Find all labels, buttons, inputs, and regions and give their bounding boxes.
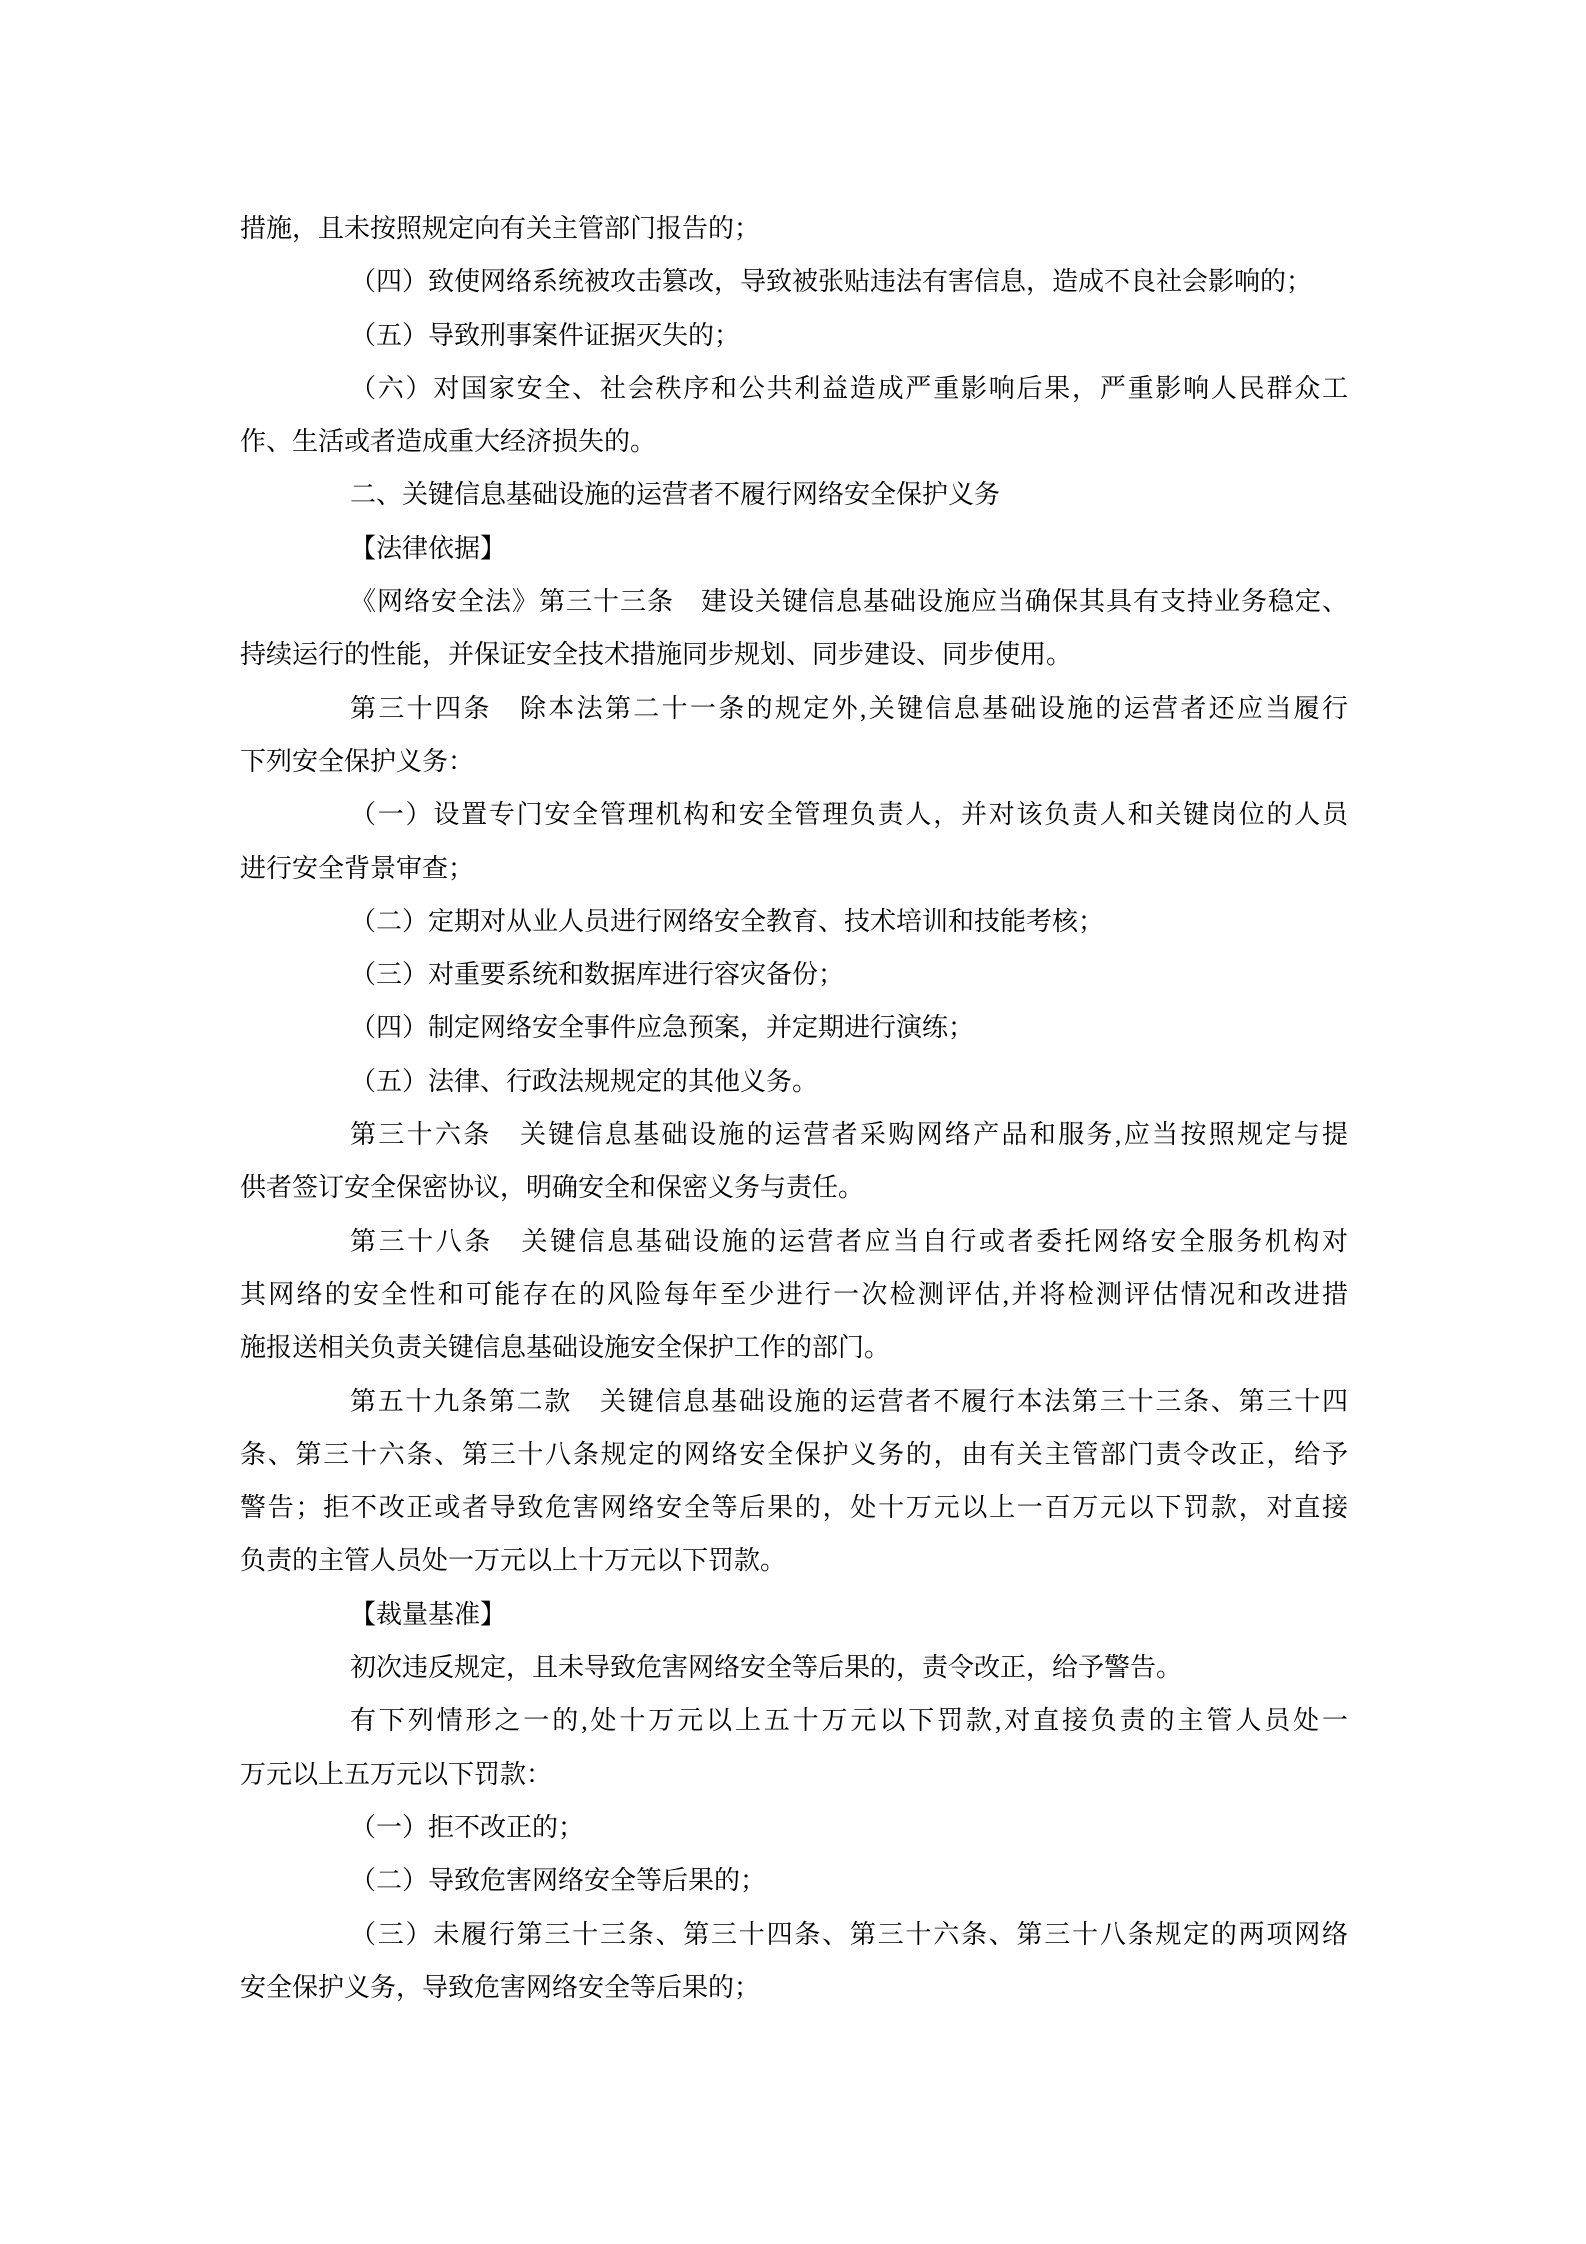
benchmark-item-1: （一）拒不改正的；: [240, 1801, 1348, 1854]
article-34-item-2: （二）定期对从业人员进行网络安全教育、技术培训和技能考核；: [240, 895, 1348, 948]
benchmark-item-2: （二）导致危害网络安全等后果的；: [240, 1854, 1348, 1907]
benchmark-item-3-line-1: （三）未履行第三十三条、第三十四条、第三十六条、第三十八条规定的两项网络: [240, 1908, 1348, 1961]
article-59-clause-2-line-4: 负责的主管人员处一万元以上十万元以下罚款。: [240, 1534, 1348, 1587]
article-34-item-4: （四）制定网络安全事件应急预案，并定期进行演练；: [240, 1001, 1348, 1054]
article-59-clause-2-line-1: 第五十九条第二款 关键信息基础设施的运营者不履行本法第三十三条、第三十四: [240, 1375, 1348, 1428]
article-59-clause-2-line-2: 条、第三十六条、第三十八条规定的网络安全保护义务的，由有关主管部门责令改正，给予: [240, 1428, 1348, 1481]
article-33-line-2: 持续运行的性能，并保证安全技术措施同步规划、同步建设、同步使用。: [240, 628, 1348, 681]
discretion-benchmark-label: 【裁量基准】: [240, 1588, 1348, 1641]
list-item-4: （四）致使网络系统被攻击篡改，导致被张贴违法有害信息，造成不良社会影响的；: [240, 255, 1348, 308]
document-page: 措施，且未按照规定向有关主管部门报告的； （四）致使网络系统被攻击篡改，导致被张…: [0, 0, 1586, 2244]
list-item-6-line-2: 作、生活或者造成重大经济损失的。: [240, 415, 1348, 468]
document-body: 措施，且未按照规定向有关主管部门报告的； （四）致使网络系统被攻击篡改，导致被张…: [240, 202, 1348, 2014]
legal-basis-label: 【法律依据】: [240, 522, 1348, 575]
article-34-item-1-line-2: 进行安全背景审查；: [240, 842, 1348, 895]
article-34-line-2: 下列安全保护义务：: [240, 735, 1348, 788]
list-item-5: （五）导致刑事案件证据灭失的；: [240, 309, 1348, 362]
article-34-item-5: （五）法律、行政法规规定的其他义务。: [240, 1055, 1348, 1108]
article-34-item-1-line-1: （一）设置专门安全管理机构和安全管理负责人，并对该负责人和关键岗位的人员: [240, 788, 1348, 841]
section-2-heading: 二、关键信息基础设施的运营者不履行网络安全保护义务: [240, 468, 1348, 521]
list-item-6-line-1: （六）对国家安全、社会秩序和公共利益造成严重影响后果，严重影响人民群众工: [240, 362, 1348, 415]
article-38-line-1: 第三十八条 关键信息基础设施的运营者应当自行或者委托网络安全服务机构对: [240, 1215, 1348, 1268]
paragraph-continuation-line: 措施，且未按照规定向有关主管部门报告的；: [240, 202, 1348, 255]
benchmark-item-3-line-2: 安全保护义务，导致危害网络安全等后果的；: [240, 1961, 1348, 2014]
article-59-clause-2-line-3: 警告；拒不改正或者导致危害网络安全等后果的，处十万元以上一百万元以下罚款，对直接: [240, 1481, 1348, 1534]
article-34-line-1: 第三十四条 除本法第二十一条的规定外,关键信息基础设施的运营者还应当履行: [240, 682, 1348, 735]
benchmark-rule-2-line-1: 有下列情形之一的,处十万元以上五十万元以下罚款,对直接负责的主管人员处一: [240, 1694, 1348, 1747]
article-36-line-1: 第三十六条 关键信息基础设施的运营者采购网络产品和服务,应当按照规定与提: [240, 1108, 1348, 1161]
article-36-line-2: 供者签订安全保密协议，明确安全和保密义务与责任。: [240, 1161, 1348, 1214]
article-38-line-2: 其网络的安全性和可能存在的风险每年至少进行一次检测评估,并将检测评估情况和改进措: [240, 1268, 1348, 1321]
benchmark-rule-2-line-2: 万元以上五万元以下罚款：: [240, 1748, 1348, 1801]
article-33-line-1: 《网络安全法》第三十三条 建设关键信息基础设施应当确保其具有支持业务稳定、: [240, 575, 1348, 628]
article-34-item-3: （三）对重要系统和数据库进行容灾备份；: [240, 948, 1348, 1001]
article-38-line-3: 施报送相关负责关键信息基础设施安全保护工作的部门。: [240, 1321, 1348, 1374]
benchmark-rule-1: 初次违反规定，且未导致危害网络安全等后果的，责令改正，给予警告。: [240, 1641, 1348, 1694]
